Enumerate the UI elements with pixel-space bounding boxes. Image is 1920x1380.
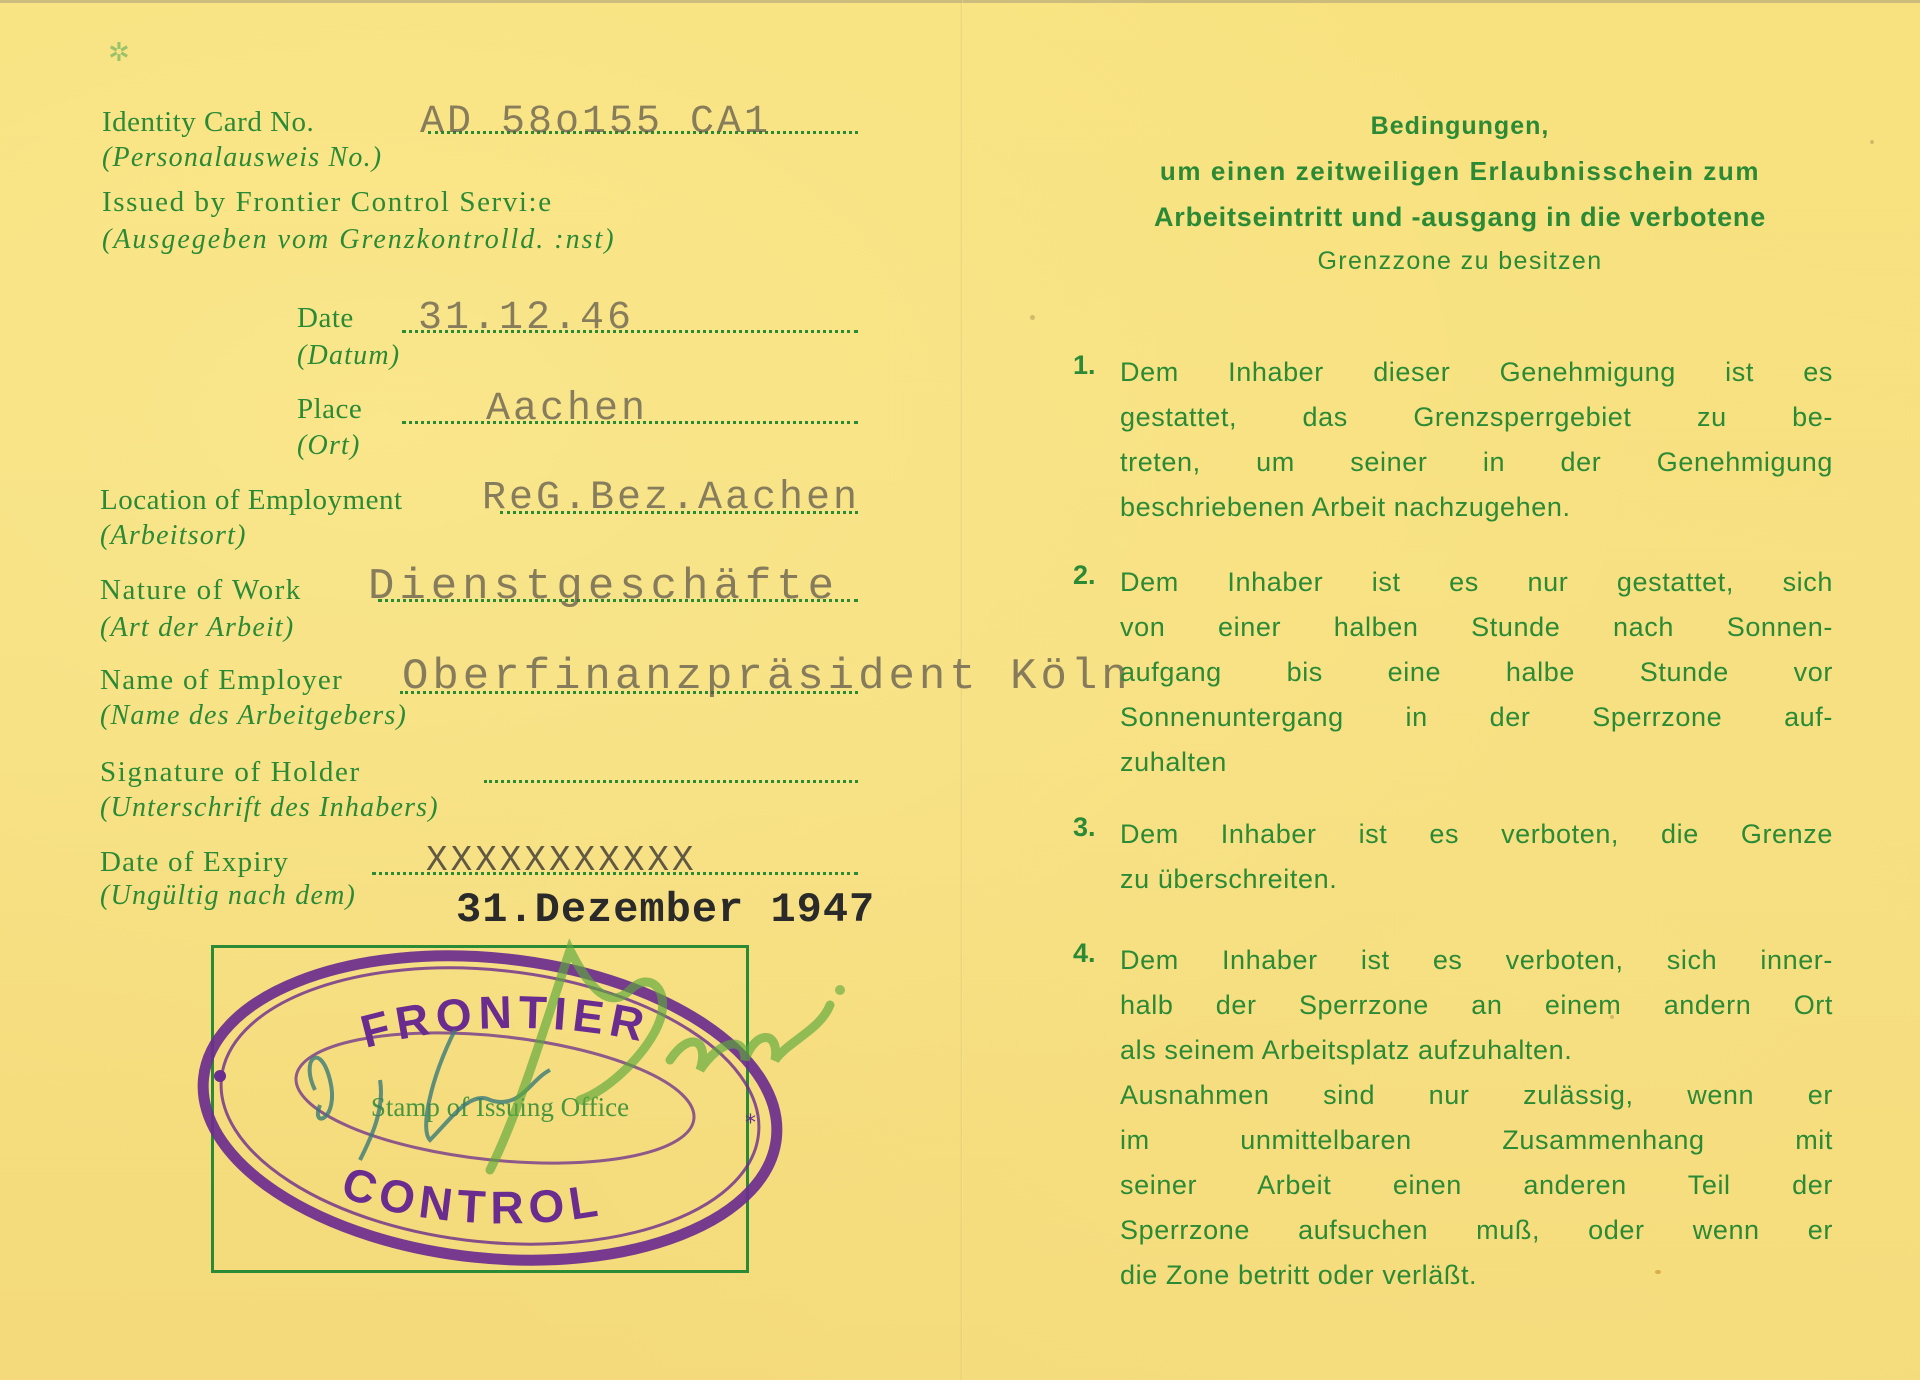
condition-line: Dem Inhaber ist es verboten, die Grenze — [1120, 812, 1833, 857]
identity-card-label-de: (Personalausweis No.) — [102, 142, 382, 174]
paper-speck — [1610, 1015, 1614, 1019]
frontier-control-stamp: FRONTIER CONTROL * — [190, 930, 910, 1290]
employer-label-de: (Name des Arbeitgebers) — [100, 700, 407, 732]
document-card: ✲ Identity Card No. AD 58o155 CA1 (Perso… — [0, 0, 1920, 1380]
nature-value: Dienstgeschäfte — [368, 562, 839, 612]
conditions-subtitle-line-2: Arbeitseintritt und -ausgang in die verb… — [1060, 202, 1860, 233]
condition-line: gestattet, das Grenzsperrgebiet zu be- — [1120, 395, 1833, 440]
condition-line: Dem Inhaber ist es nur gestattet, sich — [1120, 560, 1833, 605]
condition-item: 2.Dem Inhaber ist es nur gestattet, sich… — [1073, 560, 1833, 785]
employer-value: Oberfinanzpräsident Köln — [402, 652, 1132, 702]
issued-by-label: Issued by Frontier Control Servi:e — [102, 186, 553, 219]
conditions-subtitle-line-3: Grenzzone zu besitzen — [1060, 247, 1860, 276]
expiry-struck-value: XXXXXXXXXXX — [426, 840, 697, 881]
condition-number: 3. — [1073, 812, 1096, 843]
condition-item: 3.Dem Inhaber ist es verboten, die Grenz… — [1073, 812, 1833, 902]
paper-speck — [1655, 1270, 1661, 1274]
condition-line: als seinem Arbeitsplatz aufzuhalten. — [1120, 1028, 1833, 1073]
condition-line: zuhalten — [1120, 740, 1833, 785]
date-label: Date — [297, 302, 354, 335]
expiry-label: Date of Expiry — [100, 846, 289, 879]
location-label-de: (Arbeitsort) — [100, 520, 247, 552]
place-label: Place — [297, 393, 362, 426]
employer-label: Name of Employer — [100, 664, 343, 697]
expiry-value: 31.Dezember 1947 — [456, 886, 875, 934]
conditions-title: Bedingungen, — [1060, 112, 1860, 141]
paper-speck — [1030, 315, 1035, 320]
issued-by-label-de: (Ausgegeben vom Grenzkontrolld. :nst) — [102, 224, 616, 256]
condition-line: treten, um seiner in der Genehmigung — [1120, 440, 1833, 485]
condition-line: aufgang bis eine halbe Stunde vor — [1120, 650, 1833, 695]
condition-line: Dem Inhaber ist es verboten, sich inner- — [1120, 938, 1833, 983]
condition-number: 1. — [1073, 350, 1096, 381]
condition-line: Sperrzone aufsuchen muß, oder wenn er — [1120, 1208, 1833, 1253]
place-label-de: (Ort) — [297, 430, 361, 462]
condition-line: zu überschreiten. — [1120, 857, 1833, 902]
condition-line: im unmittelbaren Zusammenhang mit — [1120, 1118, 1833, 1163]
signature-line — [484, 780, 858, 783]
date-value: 31.12.46 — [418, 296, 634, 341]
signature-label-de: (Unterschrift des Inhabers) — [100, 792, 439, 824]
identity-card-label: Identity Card No. — [102, 106, 314, 139]
condition-item: 4.Dem Inhaber ist es verboten, sich inne… — [1073, 938, 1833, 1298]
condition-line: Dem Inhaber dieser Genehmigung ist es — [1120, 350, 1833, 395]
faded-mark-icon: ✲ — [108, 38, 132, 68]
condition-number: 4. — [1073, 938, 1096, 969]
condition-line: die Zone betritt oder verläßt. — [1120, 1253, 1833, 1298]
location-label: Location of Employment — [100, 484, 403, 517]
signature-label: Signature of Holder — [100, 756, 361, 789]
date-label-de: (Datum) — [297, 340, 400, 372]
paper-speck — [1870, 140, 1874, 144]
svg-text:*: * — [745, 1111, 756, 1136]
condition-item: 1.Dem Inhaber dieser Genehmigung ist esg… — [1073, 350, 1833, 530]
condition-line: seiner Arbeit einen anderen Teil der — [1120, 1163, 1833, 1208]
location-value: ReG.Bez.Aachen — [482, 476, 860, 521]
condition-line: Sonnenuntergang in der Sperrzone auf- — [1120, 695, 1833, 740]
condition-line: beschriebenen Arbeit nachzugehen. — [1120, 485, 1833, 530]
condition-line: von einer halben Stunde nach Sonnen- — [1120, 605, 1833, 650]
condition-number: 2. — [1073, 560, 1096, 591]
condition-line: halb der Sperrzone an einem andern Ort — [1120, 983, 1833, 1028]
conditions-subtitle-line-1: um einen zeitweiligen Erlaubnisschein zu… — [1060, 156, 1860, 187]
expiry-label-de: (Ungültig nach dem) — [100, 880, 356, 912]
nature-label: Nature of Work — [100, 574, 302, 607]
place-value: Aachen — [486, 387, 648, 432]
nature-label-de: (Art der Arbeit) — [100, 612, 294, 644]
condition-line: Ausnahmen sind nur zulässig, wenn er — [1120, 1073, 1833, 1118]
identity-card-value: AD 58o155 CA1 — [420, 100, 771, 145]
